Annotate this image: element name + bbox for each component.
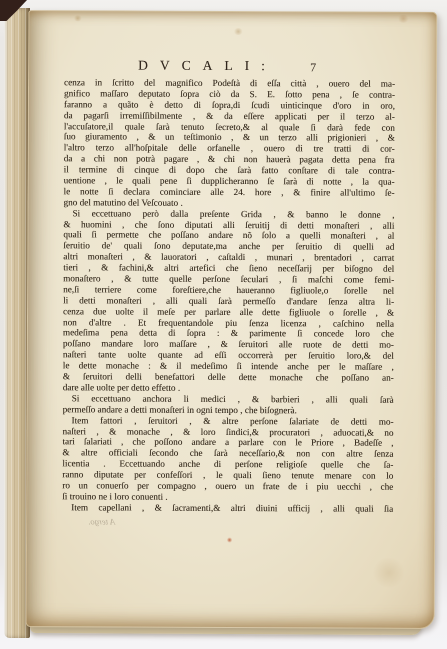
foxing-stain — [397, 15, 409, 23]
text-line: cenza due uolte il meſe per parlare alle… — [63, 306, 394, 318]
text-line: permeſſo andare a detti monaſteri in ogn… — [63, 404, 394, 416]
text-line: Si eccettuano però dalla preſente Grida … — [63, 208, 394, 220]
running-header: DVCALI: 7 — [64, 59, 393, 75]
foxing-stain — [233, 28, 243, 35]
page-number: 7 — [310, 60, 316, 75]
text-line: Item fattori , ſeruitori , & altre perſo… — [63, 415, 394, 427]
red-ink-speck — [227, 537, 232, 543]
scanned-book-photo: DVCALI: 7 cenza in ſcritto del magnifico… — [0, 0, 447, 649]
header-title: DVCALI: — [138, 58, 277, 75]
page-content: DVCALI: 7 cenza in ſcritto del magnifico… — [27, 11, 437, 628]
book-page: DVCALI: 7 cenza in ſcritto del magnifico… — [26, 10, 438, 629]
text-line: Item capellani , & ſacramenti,& altri di… — [62, 502, 393, 514]
foxing-stain — [372, 558, 406, 588]
body-text: cenza in ſcritto del magnifico Podeſtà d… — [62, 77, 395, 514]
foxing-stain — [73, 15, 82, 21]
show-through-text: A tergo. — [73, 516, 115, 526]
text-line: da pagarſi irremiſſibilmente , & da eſſe… — [64, 110, 395, 122]
